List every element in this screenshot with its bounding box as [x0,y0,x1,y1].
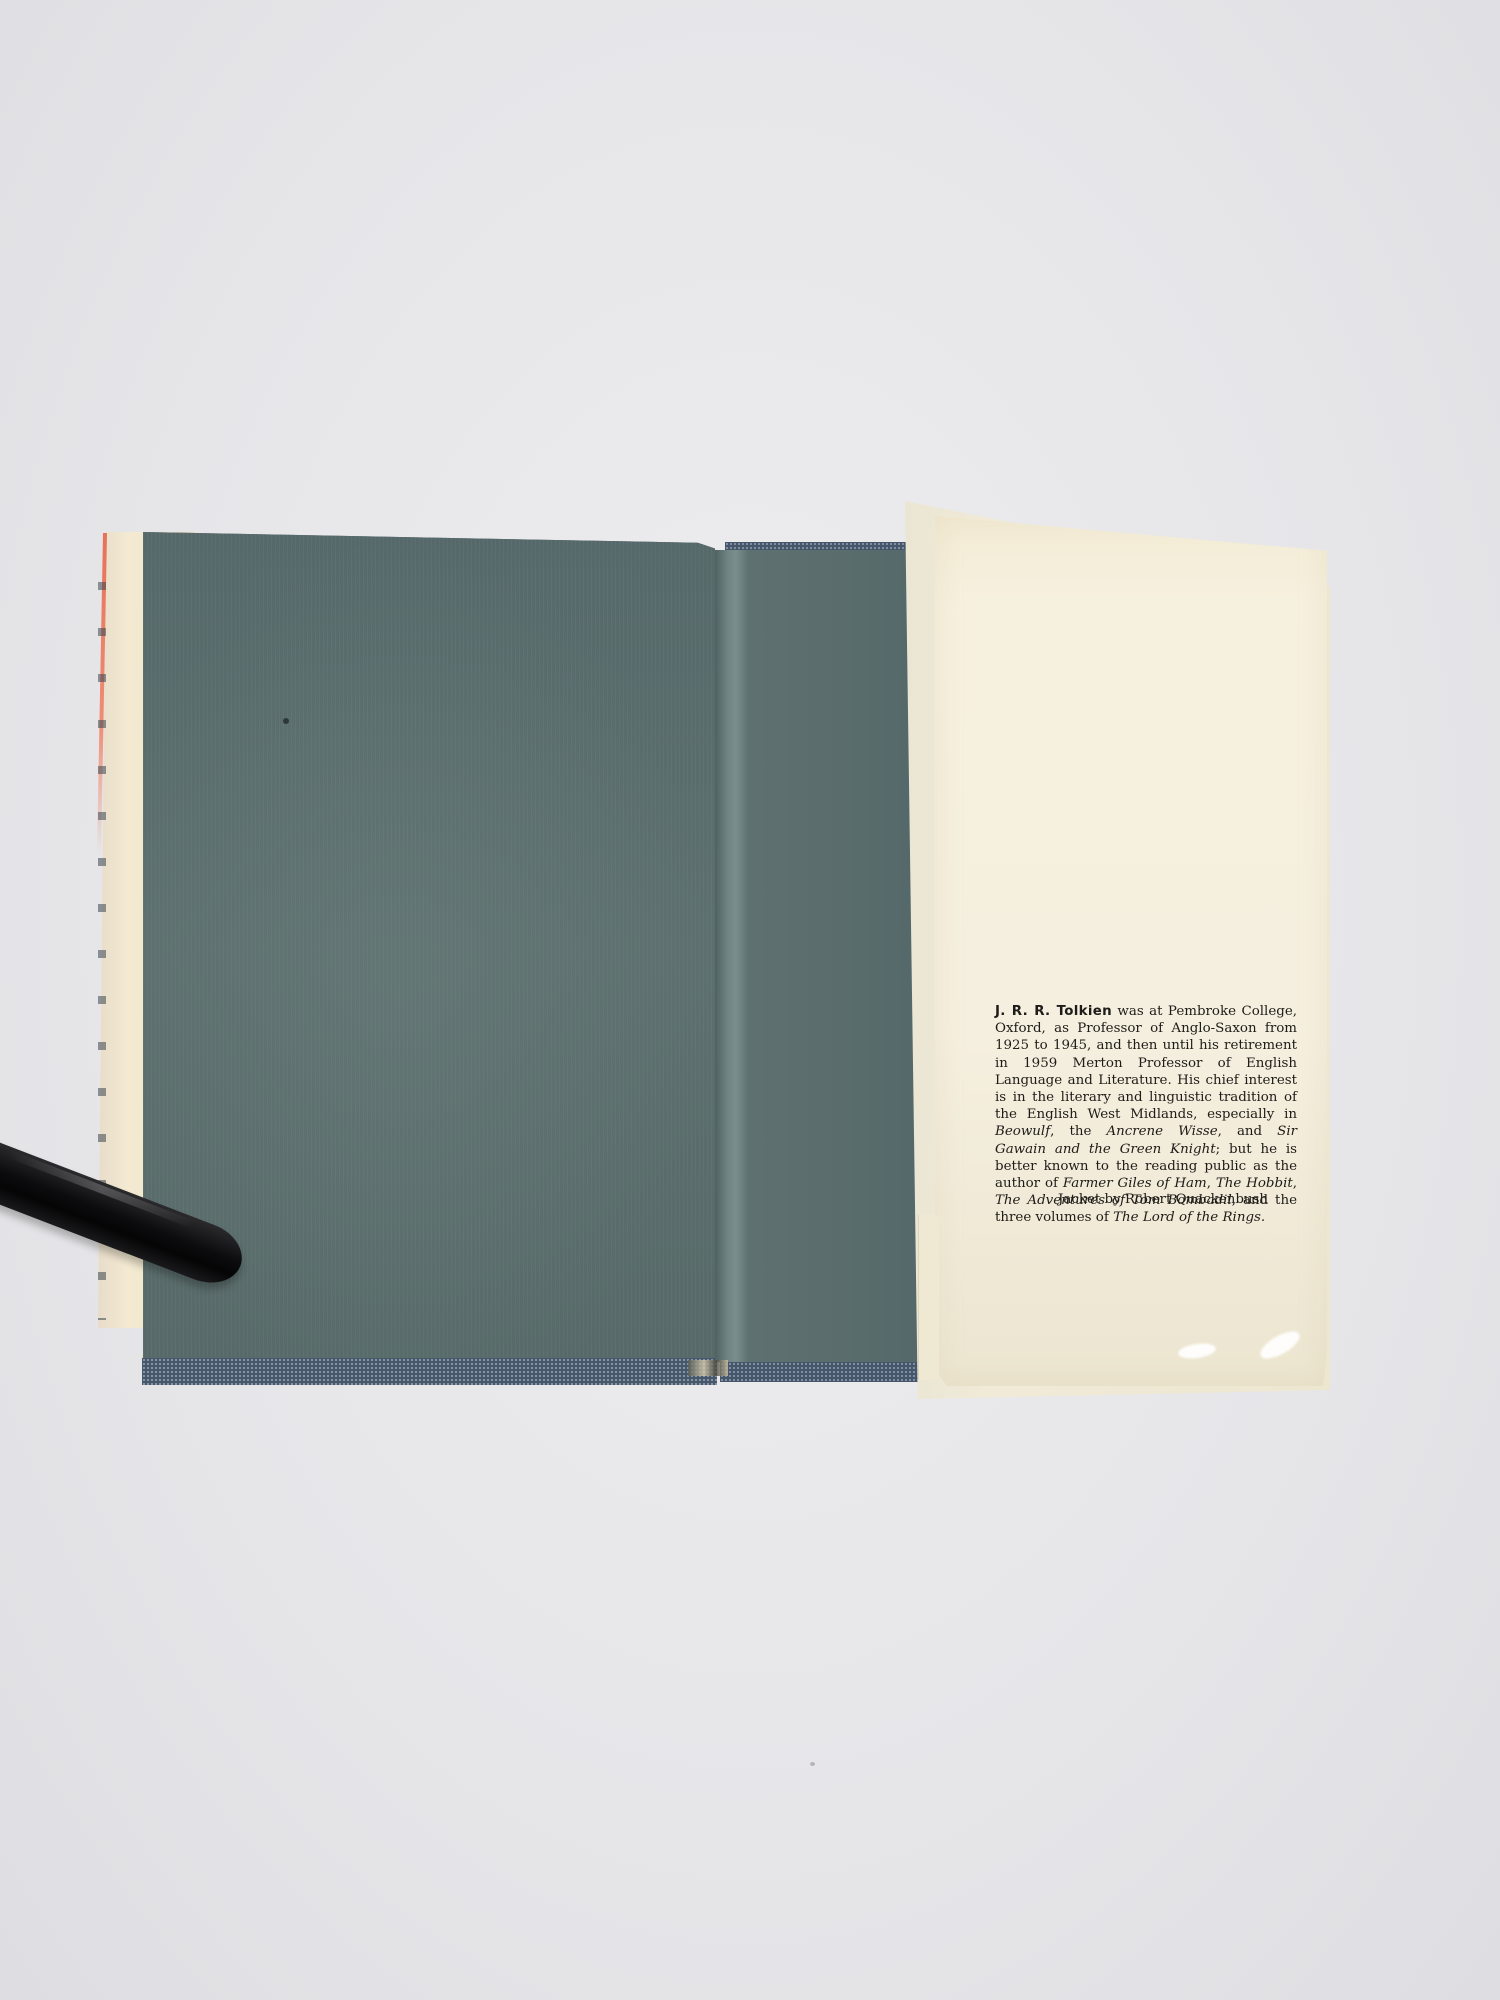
right-endpaper-hinge [715,550,925,1362]
blurb-text: was at Pem­broke College, Oxford, as Pro… [995,1004,1297,1122]
jacket-fold-strip [918,1215,939,1380]
blurb-title: The Lord of the Rings [1113,1210,1261,1225]
background-speck [810,1762,815,1766]
blurb-text: , [1293,1176,1297,1191]
blurb-text: , the [1050,1124,1106,1139]
blurb-title: The Hobbit [1216,1176,1293,1191]
author-name: J. R. R. Tolkien [995,1004,1112,1019]
blurb-title: Ancrene Wisse [1106,1124,1217,1139]
blurb-text: , and [1218,1124,1278,1139]
blurb-title: Farmer Giles of Ham [1063,1176,1207,1191]
blurb-title: Beowulf [995,1124,1050,1139]
blurb-text: , [1207,1176,1216,1191]
endpaper-spot [283,718,289,724]
jacket-credit: Jacket by Robert Quackenbush [1058,1192,1298,1207]
left-board-cloth-edge [142,1355,717,1385]
blurb-text: . [1261,1210,1265,1225]
spine-cloth-bottom [720,1362,925,1382]
jacket-flap [935,516,1327,1386]
hinge-wear [688,1360,728,1376]
